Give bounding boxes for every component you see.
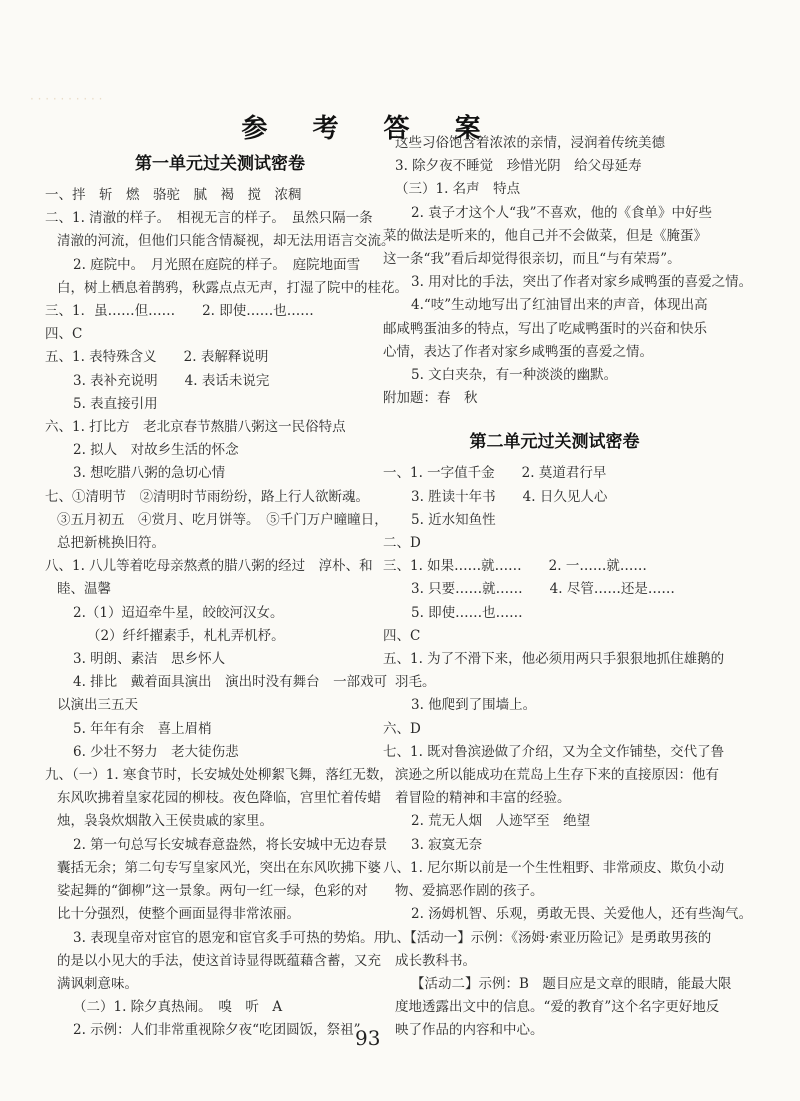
answer-line: 八、1. 尼尔斯以前是一个生性粗野、非常顽皮、欺负小动 [383,857,701,880]
answer-line: 3. 表补充说明 4. 表话未说完 [45,370,365,393]
answer-line: 2. 第一句总写长安城春意盎然，将长安城中无边春景 [45,834,365,857]
answer-line: 心情，表达了作者对家乡咸鸭蛋的喜爱之情。 [383,341,701,364]
answer-line: 三、1．虽……但…… 2. 即使……也…… [45,300,365,323]
answer-line: 比十分强烈，使整个画面显得非常浓丽。 [45,903,365,926]
answer-line: 2. 示例：人们非常重视除夕夜“吃团圆饭，祭祖” [45,1019,365,1042]
answer-key-page: · · · · · · · · · · 参 考 答 案 第一单元过关测试密卷 一… [0,0,800,1101]
answer-line: 娑起舞的“御柳”这一景象。两句一红一绿，色彩的对 [45,880,365,903]
answer-line: 这一条“我”看后却觉得很亲切，而且“与有荣焉”。 [383,248,701,271]
answer-line: 2. 庭院中。 月光照在庭院的样子。 庭院地面雪 [45,254,365,277]
answer-line: 2. 袁子才这个人“我”不喜欢，他的《食单》中好些 [383,202,701,225]
answer-line: 东风吹拂着皇家花园的柳枝。夜色降临，宫里忙着传蜡 [45,787,365,810]
answer-line: 5. 年年有余 喜上眉梢 [45,718,365,741]
answer-line: 5. 近水知鱼性 [383,509,701,532]
answer-line: 度地透露出文中的信息。“爱的教育”这个名字更好地反 [383,996,701,1019]
answer-line: 六、1. 打比方 老北京春节熬腊八粥这一民俗特点 [45,416,365,439]
answer-line: 四、C [383,625,701,648]
bleed-through-text: · · · · · · · · · · [30,92,102,106]
page-number: 93 [355,1026,380,1050]
answer-line: 七、1. 既对鲁滨逊做了介绍，又为全文作铺垫，交代了鲁 [383,741,701,764]
answer-line: 的是以小见大的手法，使这首诗显得既蕴藉含蓄，又充 [45,950,365,973]
answer-line: 3. 只要……就…… 4. 尽管……还是…… [383,578,701,601]
answer-line: 附加题：春 秋 [383,387,701,410]
answer-line: 5. 文白夹杂，有一种淡淡的幽默。 [383,364,701,387]
answer-line: 一、拌 斩 燃 骆驼 腻 褐 搅 浓稠 [45,184,365,207]
answer-line: 羽毛。 [383,671,701,694]
answer-line: 总把新桃换旧符。 [45,532,365,555]
answer-line: 菜的做法是听来的，他自己并不会做菜，但是《腌蛋》 [383,225,701,248]
answer-line: 烛，袅袅炊烟散入王侯贵戚的家里。 [45,810,365,833]
answer-line: 物、爱搞恶作剧的孩子。 [383,880,701,903]
answer-line: 邮咸鸭蛋油多的特点，写出了吃咸鸭蛋时的兴奋和快乐 [383,318,701,341]
answer-line: 3. 想吃腊八粥的急切心情 [45,462,365,485]
answer-line: 5. 即使……也…… [383,602,701,625]
answer-line: 三、1. 如果……就…… 2. 一……就…… [383,555,701,578]
section-title-unit-2: 第二单元过关测试密卷 [408,428,701,456]
answer-line: 6. 少壮不努力 老大徒伤悲 [45,741,365,764]
answer-line: 七、①清明节 ②清明时节雨纷纷，路上行人欲断魂。 [45,486,365,509]
answer-line: 3. 胜读十年书 4. 日久见人心 [383,486,701,509]
answer-line: 3. 寂寞无奈 [383,834,701,857]
answer-line: 着冒险的精神和丰富的经验。 [383,787,701,810]
answer-line: 九、【活动一】示例：《汤姆·索亚历险记》是勇敢男孩的 [383,927,701,950]
left-answer-lines: 一、拌 斩 燃 骆驼 腻 褐 搅 浓稠二、1. 清澈的样子。 相视无言的样子。 … [45,184,365,1043]
right-column: 这些习俗饱含着浓浓的亲情，浸润着传统美德3. 除夕夜不睡觉 珍惜光阴 给父母延寿… [383,132,701,1043]
answer-line: 3. 表现皇帝对宦官的恩宠和宦官炙手可热的势焰。用 [45,927,365,950]
answer-line: 2.（1）迢迢牵牛星，皎皎河汉女。 [45,602,365,625]
answer-line: 六、D [383,718,701,741]
answer-line: （2）纤纤擢素手，札札弄机杼。 [45,625,365,648]
answer-line: 二、1. 清澈的样子。 相视无言的样子。 虽然只隔一条 [45,207,365,230]
answer-line: 睦、温馨 [45,578,365,601]
answer-line: （三）1. 名声 特点 [383,178,701,201]
answer-line: 5. 表直接引用 [45,393,365,416]
answer-line: 清澈的河流，但他们只能含情凝视，却无法用语言交流。 [45,230,365,253]
answer-line: 四、C [45,323,365,346]
answer-line: 2. 荒无人烟 人迹罕至 绝望 [383,810,701,833]
answer-line: 九、（一）1. 寒食节时，长安城处处柳絮飞舞，落红无数， [45,764,365,787]
answer-line: 2. 汤姆机智、乐观，勇敢无畏、关爱他人，还有些淘气。 [383,903,701,926]
answer-line: 2. 拟人 对故乡生活的怀念 [45,439,365,462]
answer-line: 白，树上栖息着鹊鸦，秋露点点无声，打湿了院中的桂花。 [45,277,365,300]
answer-line: 五、1. 为了不滑下来，他必须用两只手狠狠地抓住雄鹅的 [383,648,701,671]
answer-line: ③五月初五 ④赏月、吃月饼等。 ⑤千门万户曈曈日， [45,509,365,532]
answer-line: 囊括无余；第二句专写皇家风光，突出在东风吹拂下婆 [45,857,365,880]
left-column: 第一单元过关测试密卷 一、拌 斩 燃 骆驼 腻 褐 搅 浓稠二、1. 清澈的样子… [45,150,365,1043]
right-answer-lines-unit-2: 一、1. 一字值千金 2. 莫道君行早3. 胜读十年书 4. 日久见人心5. 近… [383,462,701,1042]
answer-line: 3. 他爬到了围墙上。 [383,694,701,717]
answer-line: 成长教科书。 [383,950,701,973]
answer-line: 二、D [383,532,701,555]
answer-line: 4.“吱”生动地写出了红油冒出来的声音，体现出高 [383,294,701,317]
answer-line: 五、1. 表特殊含义 2. 表解释说明 [45,346,365,369]
answer-line: 这些习俗饱含着浓浓的亲情，浸润着传统美德 [383,132,701,155]
section-title-unit-1: 第一单元过关测试密卷 [75,150,365,178]
answer-line: 3. 用对比的手法，突出了作者对家乡咸鸭蛋的喜爱之情。 [383,271,701,294]
answer-line: （二）1. 除夕真热闹。 嗅 听 A [45,996,365,1019]
answer-line: 以演出三五天 [45,694,365,717]
right-answer-lines-continued: 这些习俗饱含着浓浓的亲情，浸润着传统美德3. 除夕夜不睡觉 珍惜光阴 给父母延寿… [383,132,701,410]
answer-line: 3. 除夕夜不睡觉 珍惜光阴 给父母延寿 [383,155,701,178]
answer-line: 八、1. 八儿等着吃母亲熬煮的腊八粥的经过 淳朴、和 [45,555,365,578]
answer-line: 一、1. 一字值千金 2. 莫道君行早 [383,462,701,485]
answer-line: 【活动二】示例：B 题目应是文章的眼睛，能最大限 [383,973,701,996]
answer-line: 3. 明朗、素洁 思乡怀人 [45,648,365,671]
answer-line: 映了作品的内容和中心。 [383,1019,701,1042]
answer-line: 满讽刺意味。 [45,973,365,996]
answer-line: 滨逊之所以能成功在荒岛上生存下来的直接原因：他有 [383,764,701,787]
answer-line: 4. 排比 戴着面具演出 演出时没有舞台 一部戏可 [45,671,365,694]
